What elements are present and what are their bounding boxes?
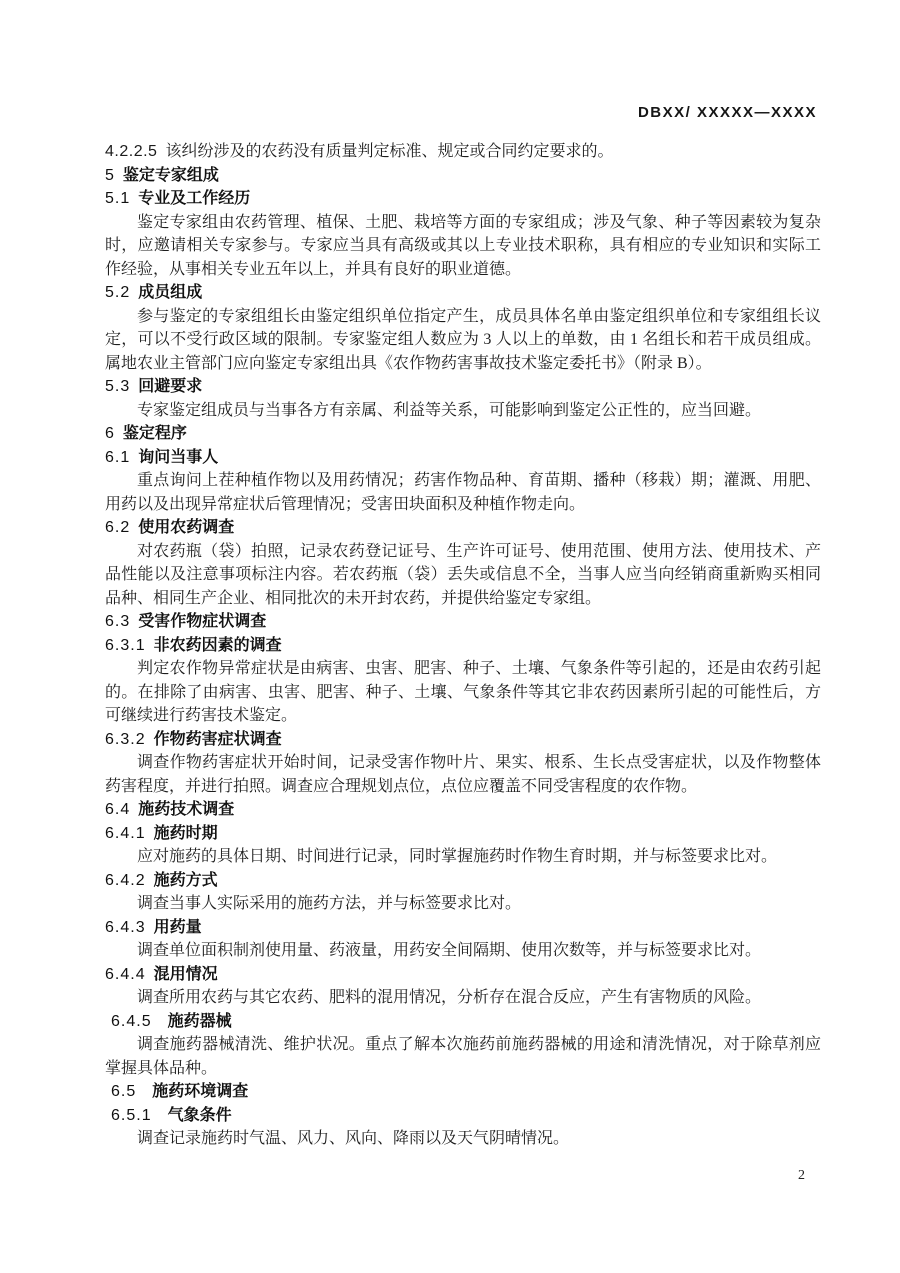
section-title: 专业及工作经历 (138, 190, 250, 207)
section-heading: 5.2成员组成 (105, 281, 821, 305)
paragraph: 参与鉴定的专家组组长由鉴定组织单位指定产生，成员具体名单由鉴定组织单位和专家组组… (105, 305, 821, 376)
paragraph: 调查记录施药时气温、风力、风向、降雨以及天气阴晴情况。 (105, 1127, 821, 1151)
paragraph-text: 调查所用农药与其它农药、肥料的混用情况，分析存在混合反应，产生有害物质的风险。 (137, 989, 761, 1006)
section-title: 施药时期 (154, 825, 218, 842)
section-number: 6 (105, 425, 115, 442)
paragraph: 鉴定专家组由农药管理、植保、土肥、栽培等方面的专家组成；涉及气象、种子等因素较为… (105, 211, 821, 282)
section-number: 5.1 (105, 190, 130, 207)
paragraph-text: 应对施药的具体日期、时间进行记录，同时掌握施药时作物生育时期，并与标签要求比对。 (137, 848, 777, 865)
paragraph: 重点询问上茬种植作物以及用药情况；药害作物品种、育苗期、播种（移栽）期；灌溉、用… (105, 469, 821, 516)
section-title: 施药器械 (168, 1013, 232, 1030)
section-heading: 6.5施药环境调查 (105, 1080, 821, 1104)
paragraph: 调查所用农药与其它农药、肥料的混用情况，分析存在混合反应，产生有害物质的风险。 (105, 986, 821, 1010)
section-number: 6.4.3 (105, 919, 146, 936)
paragraph: 判定农作物异常症状是由病害、虫害、肥害、种子、土壤、气象条件等引起的，还是由农药… (105, 657, 821, 728)
section-number: 6.4 (105, 801, 130, 818)
paragraph-text: 调查单位面积制剂使用量、药液量，用药安全间隔期、使用次数等，并与标签要求比对。 (137, 942, 761, 959)
section-heading: 6.4.4混用情况 (105, 963, 821, 987)
section-heading: 6.1询问当事人 (105, 446, 821, 470)
section-number: 5.3 (105, 378, 130, 395)
paragraph: 调查当事人实际采用的施药方法，并与标签要求比对。 (105, 892, 821, 916)
section-heading: 5鉴定专家组成 (105, 164, 821, 188)
section-number: 6.3.2 (105, 731, 146, 748)
paragraph: 调查单位面积制剂使用量、药液量，用药安全间隔期、使用次数等，并与标签要求比对。 (105, 939, 821, 963)
section-number: 4.2.2.5 (105, 143, 157, 160)
paragraph: 调查施药器械清洗、维护状况。重点了解本次施药前施药器械的用途和清洗情况，对于除草… (105, 1033, 821, 1080)
paragraph-text: 判定农作物异常症状是由病害、虫害、肥害、种子、土壤、气象条件等引起的，还是由农药… (105, 660, 821, 724)
section-number: 6.4.1 (105, 825, 146, 842)
paragraph-text: 调查作物药害症状开始时间，记录受害作物叶片、果实、根系、生长点受害症状，以及作物… (105, 754, 821, 795)
section-title: 施药方式 (154, 872, 218, 889)
section-title: 询问当事人 (138, 449, 218, 466)
paragraph-text: 参与鉴定的专家组组长由鉴定组织单位指定产生，成员具体名单由鉴定组织单位和专家组组… (105, 308, 821, 372)
paragraph: 对农药瓶（袋）拍照，记录农药登记证号、生产许可证号、使用范围、使用方法、使用技术… (105, 540, 821, 611)
document-body: 4.2.2.5该纠纷涉及的农药没有质量判定标准、规定或合同约定要求的。5鉴定专家… (105, 140, 821, 1151)
section-title: 鉴定程序 (123, 425, 187, 442)
document-page: DBXX/ XXXXX—XXXX 4.2.2.5该纠纷涉及的农药没有质量判定标准… (0, 0, 900, 1273)
section-title: 施药技术调查 (138, 801, 234, 818)
section-number: 6.3.1 (105, 637, 146, 654)
section-heading: 6.3受害作物症状调查 (105, 610, 821, 634)
paragraph: 调查作物药害症状开始时间，记录受害作物叶片、果实、根系、生长点受害症状，以及作物… (105, 751, 821, 798)
section-title: 使用农药调查 (138, 519, 234, 536)
section-heading: 6.5.1气象条件 (105, 1104, 821, 1128)
paragraph-text: 专家鉴定组成员与当事各方有亲属、利益等关系，可能影响到鉴定公正性的，应当回避。 (137, 402, 761, 419)
section-title: 施药环境调查 (152, 1083, 248, 1100)
section-title: 成员组成 (138, 284, 202, 301)
paragraph-text: 重点询问上茬种植作物以及用药情况；药害作物品种、育苗期、播种（移栽）期；灌溉、用… (105, 472, 821, 513)
paragraph-text: 鉴定专家组由农药管理、植保、土肥、栽培等方面的专家组成；涉及气象、种子等因素较为… (105, 214, 821, 278)
paragraph: 专家鉴定组成员与当事各方有亲属、利益等关系，可能影响到鉴定公正性的，应当回避。 (105, 399, 821, 423)
paragraph-text: 调查当事人实际采用的施药方法，并与标签要求比对。 (137, 895, 521, 912)
section-title: 非农药因素的调查 (154, 637, 282, 654)
document-header: DBXX/ XXXXX—XXXX (105, 104, 817, 121)
section-heading: 6.3.2作物药害症状调查 (105, 728, 821, 752)
section-heading: 6.3.1非农药因素的调查 (105, 634, 821, 658)
section-number: 6.5.1 (111, 1107, 152, 1124)
section-title: 鉴定专家组成 (123, 167, 219, 184)
section-heading: 5.3回避要求 (105, 375, 821, 399)
paragraph-text: 调查施药器械清洗、维护状况。重点了解本次施药前施药器械的用途和清洗情况，对于除草… (105, 1036, 821, 1077)
document-footer: 2 (105, 1168, 805, 1184)
section-number: 5.2 (105, 284, 130, 301)
section-number: 5 (105, 167, 115, 184)
section-title: 回避要求 (138, 378, 202, 395)
section-number: 6.3 (105, 613, 130, 630)
standard-number: DBXX/ XXXXX—XXXX (638, 104, 817, 121)
section-title: 受害作物症状调查 (138, 613, 266, 630)
section-number: 6.2 (105, 519, 130, 536)
section-heading: 6鉴定程序 (105, 422, 821, 446)
section-heading: 6.4.2施药方式 (105, 869, 821, 893)
section-heading: 6.4.5施药器械 (105, 1010, 821, 1034)
section-number: 6.4.4 (105, 966, 146, 983)
section-title: 用药量 (154, 919, 202, 936)
paragraph-text: 调查记录施药时气温、风力、风向、降雨以及天气阴晴情况。 (137, 1130, 569, 1147)
clause-line: 4.2.2.5该纠纷涉及的农药没有质量判定标准、规定或合同约定要求的。 (105, 140, 821, 164)
section-title: 混用情况 (154, 966, 218, 983)
section-heading: 6.4.1施药时期 (105, 822, 821, 846)
page-number: 2 (798, 1168, 805, 1183)
section-number: 6.5 (111, 1083, 136, 1100)
section-number: 6.4.5 (111, 1013, 152, 1030)
section-heading: 5.1专业及工作经历 (105, 187, 821, 211)
section-heading: 6.2使用农药调查 (105, 516, 821, 540)
section-heading: 6.4.3用药量 (105, 916, 821, 940)
paragraph: 应对施药的具体日期、时间进行记录，同时掌握施药时作物生育时期，并与标签要求比对。 (105, 845, 821, 869)
section-heading: 6.4施药技术调查 (105, 798, 821, 822)
paragraph-text: 对农药瓶（袋）拍照，记录农药登记证号、生产许可证号、使用范围、使用方法、使用技术… (105, 543, 821, 607)
section-title: 气象条件 (168, 1107, 232, 1124)
section-title: 该纠纷涉及的农药没有质量判定标准、规定或合同约定要求的。 (165, 143, 613, 160)
section-number: 6.1 (105, 449, 130, 466)
section-number: 6.4.2 (105, 872, 146, 889)
section-title: 作物药害症状调查 (154, 731, 282, 748)
